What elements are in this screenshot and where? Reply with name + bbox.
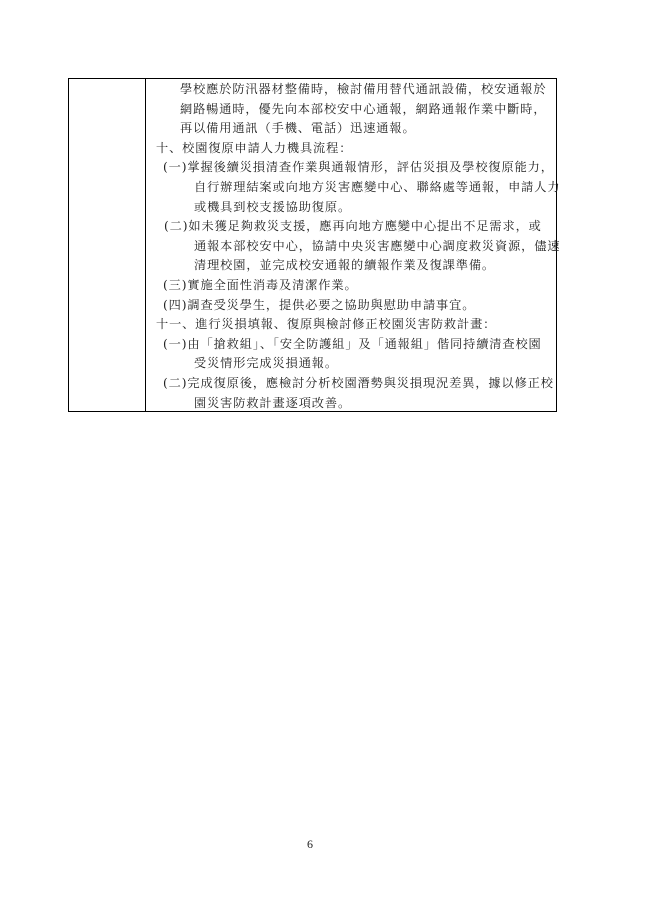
list-item-10-3: (三)實施全面性消毒及清潔作業。 <box>163 276 358 296</box>
list-item-continuation: 自行辦理結案或向地方災害應變中心、聯絡處等通報，申請人力 <box>194 178 560 198</box>
paragraph-line: 學校應於防汛器材整備時，檢討備用替代通訊設備，校安通報於 <box>180 80 546 100</box>
paragraph-line: 網路暢通時，優先向本部校安中心通報，網路通報作業中斷時， <box>180 100 546 120</box>
content-table: 學校應於防汛器材整備時，檢討備用替代通訊設備，校安通報於 網路暢通時，優先向本部… <box>68 78 557 412</box>
list-item-continuation: 清理校園，並完成校安通報的續報作業及復課準備。 <box>194 256 495 276</box>
paragraph-line: 再以備用通訊（手機、電話）迅速通報。 <box>180 119 416 139</box>
table-left-cell <box>69 79 146 411</box>
table-right-cell: 學校應於防汛器材整備時，檢討備用替代通訊設備，校安通報於 網路暢通時，優先向本部… <box>147 79 556 411</box>
list-item-continuation: 受災情形完成災損通報。 <box>194 354 338 374</box>
page-number: 6 <box>307 837 313 852</box>
list-item-10-4: (四)調查受災學生，提供必要之協助與慰助申請事宜。 <box>163 296 475 316</box>
list-item-continuation: 通報本部校安中心，協請中央災害應變中心調度救災資源，儘速 <box>194 237 560 257</box>
list-item-continuation: 或機具到校支援協助復原。 <box>194 198 351 218</box>
list-item-11-1: (一)由「搶救組」、「安全防護組」及「通報組」偕同持續清查校園 <box>163 335 542 355</box>
section-heading-10: 十、校園復原申請人力機具流程： <box>156 139 352 159</box>
list-item-10-1: (一)掌握後續災損清查作業與通報情形，評估災損及學校復原能力， <box>163 158 554 178</box>
list-item-continuation: 園災害防救計畫逐項改善。 <box>194 394 351 414</box>
list-item-11-2: (二)完成復原後，應檢討分析校園潛勢與災損現況差異，據以修正校 <box>163 374 554 394</box>
list-item-10-2: (二)如未獲足夠救災支援，應再向地方應變中心提出不足需求，或 <box>164 217 542 237</box>
section-heading-11: 十一、進行災損填報、復原與檢討修正校園災害防救計畫： <box>156 315 496 335</box>
